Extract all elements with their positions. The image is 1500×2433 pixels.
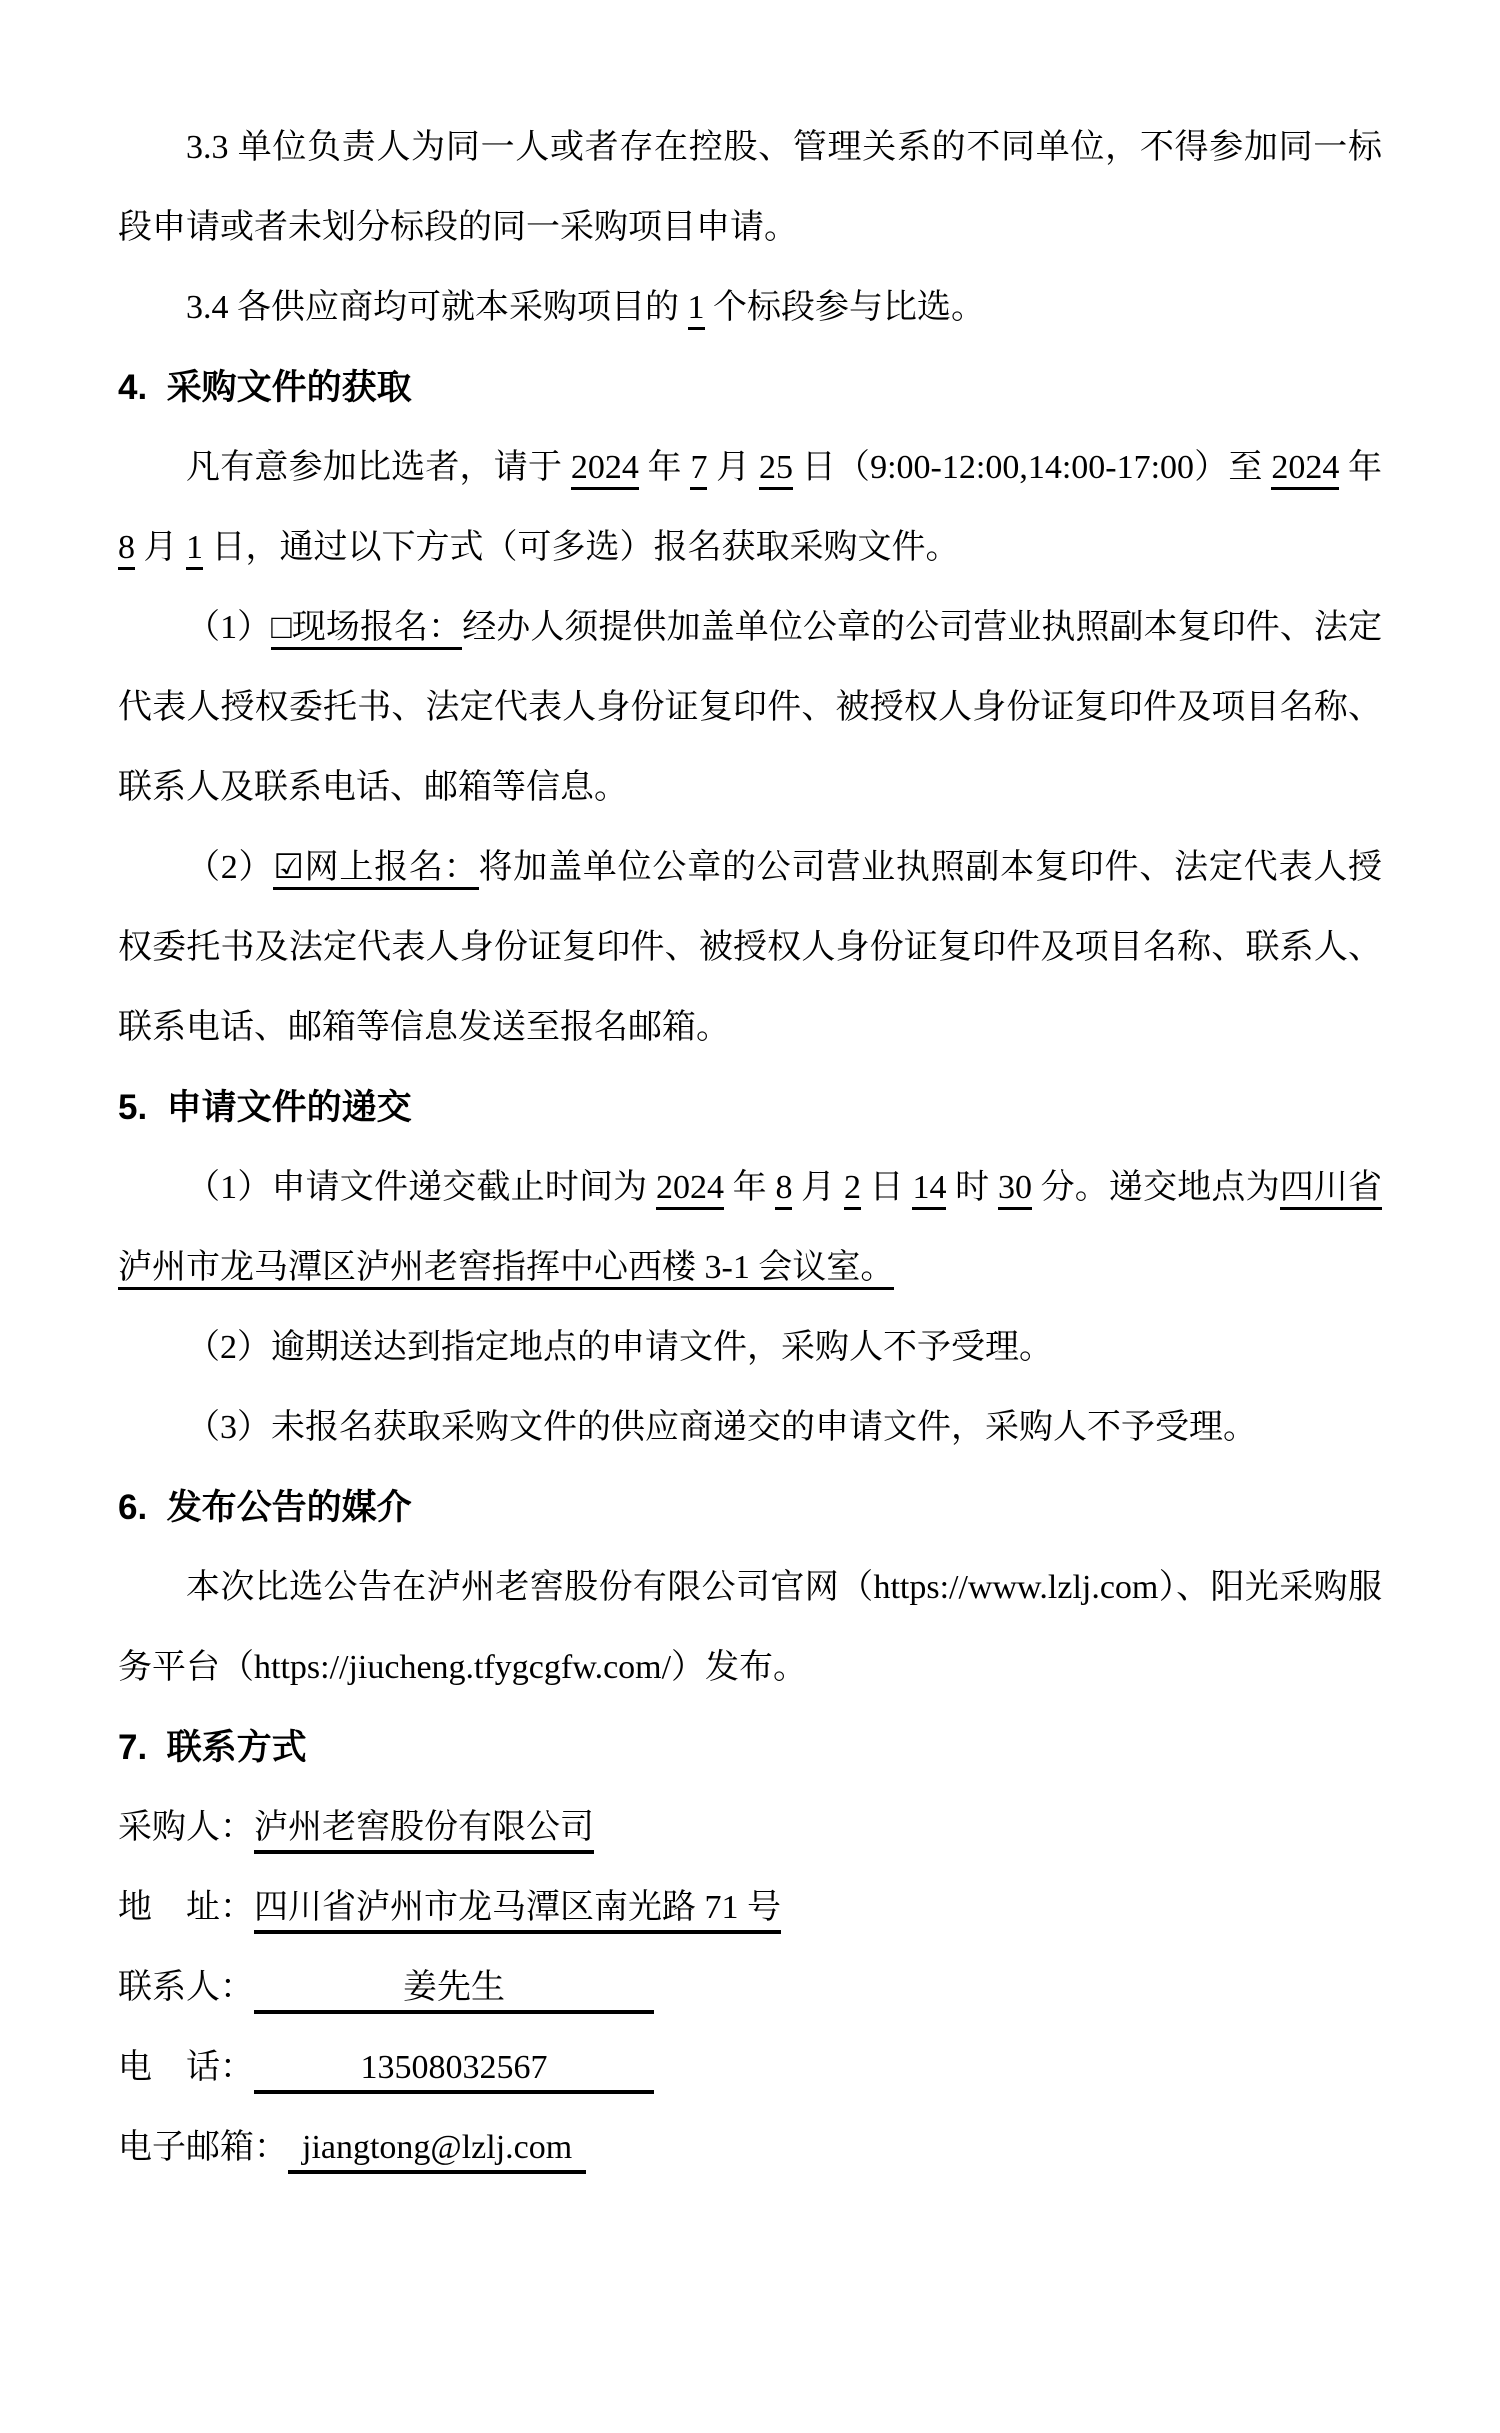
text-segment: 个标段参与比选。 <box>705 289 986 326</box>
text-segment: 网上报名： <box>304 849 479 890</box>
checkbox-checked-icon: ☑ <box>273 849 303 890</box>
text-segment: 现场报名： <box>292 609 462 650</box>
contact-label: 地 址： <box>118 1889 254 1926</box>
contact-row-phone: 电 话：13508032567 <box>118 2028 1382 2108</box>
text-segment: 1 <box>688 289 705 330</box>
text-segment: 年 <box>1339 449 1382 486</box>
contact-value-phone: 13508032567 <box>254 2047 654 2094</box>
text-segment: 时 <box>946 1169 998 1206</box>
text-segment: 3.4 各供应商均可就本采购项目的 <box>186 289 688 326</box>
text-segment: 7 <box>690 449 707 490</box>
text-segment: 月 <box>707 449 759 486</box>
paragraph-4-option-online: （2）☑网上报名：将加盖单位公章的公司营业执照副本复印件、法定代表人授权委托书及… <box>118 828 1382 1068</box>
document-page: 3.3 单位负责人为同一人或者存在控股、管理关系的不同单位，不得参加同一标段申请… <box>0 0 1500 2433</box>
text-segment: 2024 <box>571 449 639 490</box>
text-segment: 日，通过以下方式（可多选）报名获取采购文件。 <box>203 529 960 566</box>
text-segment: 月 <box>792 1169 844 1206</box>
section-heading-7: 7. 联系方式 <box>118 1708 1382 1788</box>
text-segment: 25 <box>759 449 793 490</box>
text-segment: 分。递交地点为 <box>1032 1169 1280 1206</box>
text-segment: 30 <box>998 1169 1032 1210</box>
text-segment: 年 <box>639 449 691 486</box>
contact-label: 联系人： <box>118 1969 254 2006</box>
text-segment: （3）未报名获取采购文件的供应商递交的申请文件，采购人不予受理。 <box>186 1409 1257 1446</box>
text-segment: 月 <box>135 529 186 566</box>
contact-label: 采购人： <box>118 1809 254 1846</box>
text-segment: 1 <box>186 529 203 570</box>
contact-row-contact-person: 联系人：姜先生 <box>118 1948 1382 2028</box>
contact-value-email: jiangtong@lzlj.com <box>288 2127 586 2174</box>
text-segment: 日 <box>861 1169 913 1206</box>
text-segment: 8 <box>775 1169 792 1210</box>
contact-label: 电子邮箱： <box>118 2129 288 2166</box>
paragraph-4-option-onsite: （1）□现场报名：经办人须提供加盖单位公章的公司营业执照副本复印件、法定代表人授… <box>118 588 1382 828</box>
section-heading-4: 4. 采购文件的获取 <box>118 348 1382 428</box>
text-segment: 凡有意参加比选者，请于 <box>186 449 571 486</box>
text-segment: 2024 <box>656 1169 724 1210</box>
contact-label: 电 话： <box>118 2049 254 2086</box>
contact-row-email: 电子邮箱：jiangtong@lzlj.com <box>118 2108 1382 2188</box>
text-segment: （1） <box>186 609 271 646</box>
text-segment: 3.3 单位负责人为同一人或者存在控股、管理关系的不同单位，不得参加同一标段申请… <box>118 129 1382 246</box>
paragraph-5-3-unregistered: （3）未报名获取采购文件的供应商递交的申请文件，采购人不予受理。 <box>118 1388 1382 1468</box>
text-segment: 2024 <box>1271 449 1339 490</box>
section-heading-5: 5. 申请文件的递交 <box>118 1068 1382 1148</box>
paragraph-5-1-deadline: （1）申请文件递交截止时间为 2024 年 8 月 2 日 14 时 30 分。… <box>118 1148 1382 1308</box>
checkbox-unchecked-icon: □ <box>271 609 292 650</box>
text-segment: （2） <box>186 849 273 886</box>
text-segment: 日（9:00-12:00,14:00-17:00）至 <box>793 449 1271 486</box>
text-segment: 8 <box>118 529 135 570</box>
paragraph-3-4: 3.4 各供应商均可就本采购项目的 1 个标段参与比选。 <box>118 268 1382 348</box>
paragraph-5-2-overdue: （2）逾期送达到指定地点的申请文件，采购人不予受理。 <box>118 1308 1382 1388</box>
text-segment: （1）申请文件递交截止时间为 <box>186 1169 656 1206</box>
paragraph-3-3: 3.3 单位负责人为同一人或者存在控股、管理关系的不同单位，不得参加同一标段申请… <box>118 108 1382 268</box>
contact-value-purchaser: 泸州老窖股份有限公司 <box>254 1807 594 1854</box>
contact-value-address: 四川省泸州市龙马潭区南光路 71 号 <box>254 1887 781 1934</box>
paragraph-6-media: 本次比选公告在泸州老窖股份有限公司官网（https://www.lzlj.com… <box>118 1548 1382 1708</box>
section-heading-6: 6. 发布公告的媒介 <box>118 1468 1382 1548</box>
text-segment: 14 <box>912 1169 946 1210</box>
contact-row-purchaser: 采购人：泸州老窖股份有限公司 <box>118 1788 1382 1868</box>
contact-value-person: 姜先生 <box>254 1967 654 2014</box>
paragraph-4-intro: 凡有意参加比选者，请于 2024 年 7 月 25 日（9:00-12:00,1… <box>118 428 1382 588</box>
text-segment: 2 <box>844 1169 861 1210</box>
contact-row-address: 地 址：四川省泸州市龙马潭区南光路 71 号 <box>118 1868 1382 1948</box>
text-segment: 本次比选公告在泸州老窖股份有限公司官网（https://www.lzlj.com… <box>118 1569 1382 1686</box>
text-segment: 年 <box>724 1169 776 1206</box>
text-segment: （2）逾期送达到指定地点的申请文件，采购人不予受理。 <box>186 1329 1053 1366</box>
